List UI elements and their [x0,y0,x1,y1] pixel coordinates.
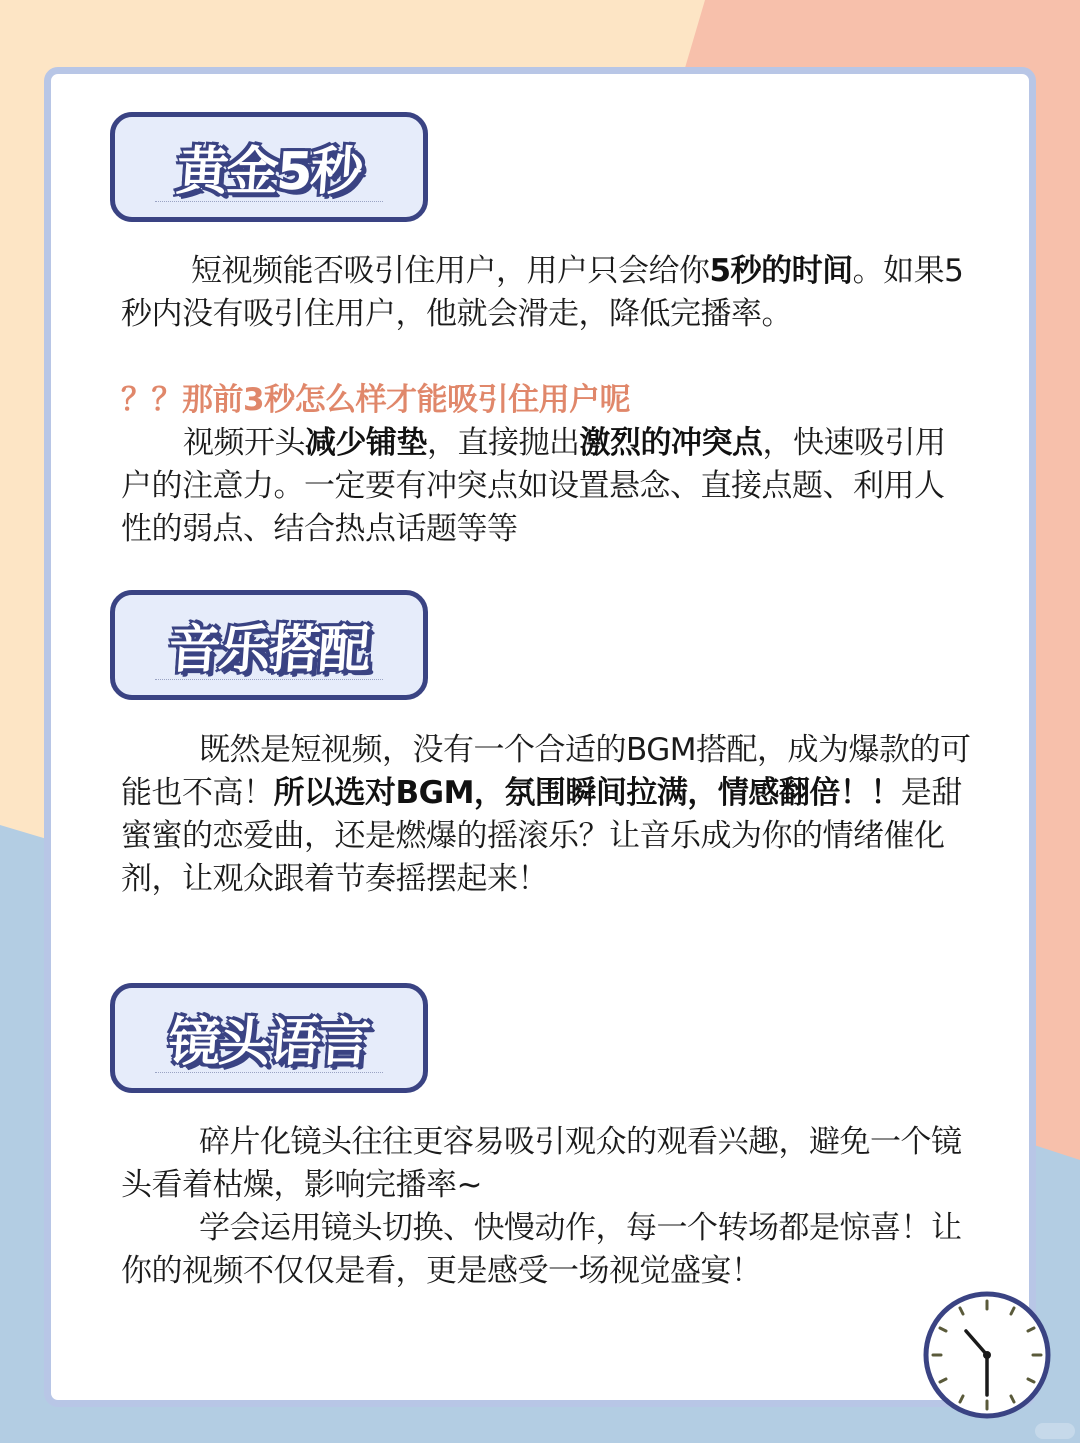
heading-text: 黄金5秒 [112,129,425,204]
section-heading-camera-language: 镜头语言 [110,983,428,1093]
text-run-bold: 5秒的时间 [710,253,853,289]
section-3-paragraph-2: 学会运用镜头切换、快慢动作，每一个转场都是惊喜！让你的视频不仅仅是看，更是感受一… [121,1207,971,1293]
text-run: 学会运用镜头切换、快慢动作，每一个转场都是惊喜！让你的视频不仅仅是看，更是感受一… [121,1210,962,1289]
dotted-divider [155,201,383,202]
dotted-divider [155,679,383,680]
text-run-bold: 所以选对BGM，氛围瞬间拉满，情感翻倍！！ [274,775,901,811]
section-2-paragraph-1: 既然是短视频，没有一个合适的BGM搭配，成为爆款的可能也不高！所以选对BGM，氛… [121,729,971,901]
text-run-bold: 减少铺垫 [305,425,427,461]
section-heading-golden-5-seconds: 黄金5秒 [110,112,428,222]
text-run: ，直接抛出 [427,425,580,461]
section-1-paragraph-1: 短视频能否吸引住用户，用户只会给你5秒的时间。如果5秒内没有吸引住用户，他就会滑… [121,250,971,336]
section-1-paragraph-2: 视频开头减少铺垫，直接抛出激烈的冲突点，快速吸引用户的注意力。一定要有冲突点如设… [121,422,971,551]
section-heading-music-matching: 音乐搭配 [110,590,428,700]
text-run: 短视频能否吸引住用户，用户只会给你 [191,253,710,289]
text-run-bold: 激烈的冲突点 [580,425,763,461]
clock-icon [922,1290,1052,1420]
text-run: 碎片化镜头往往更容易吸引观众的观看兴趣，避免一个镜头看着枯燥，影响完播率~ [121,1124,962,1203]
text-run: 视频开头 [183,425,305,461]
heading-text: 镜头语言 [112,1000,425,1075]
heading-text: 音乐搭配 [112,607,425,682]
section-1-question: ？？那前3秒怎么样才能吸引住用户呢 [121,379,971,422]
watermark [1035,1423,1075,1439]
dotted-divider [155,1072,383,1073]
section-3-paragraph-1: 碎片化镜头往往更容易吸引观众的观看兴趣，避免一个镜头看着枯燥，影响完播率~ [121,1121,971,1207]
